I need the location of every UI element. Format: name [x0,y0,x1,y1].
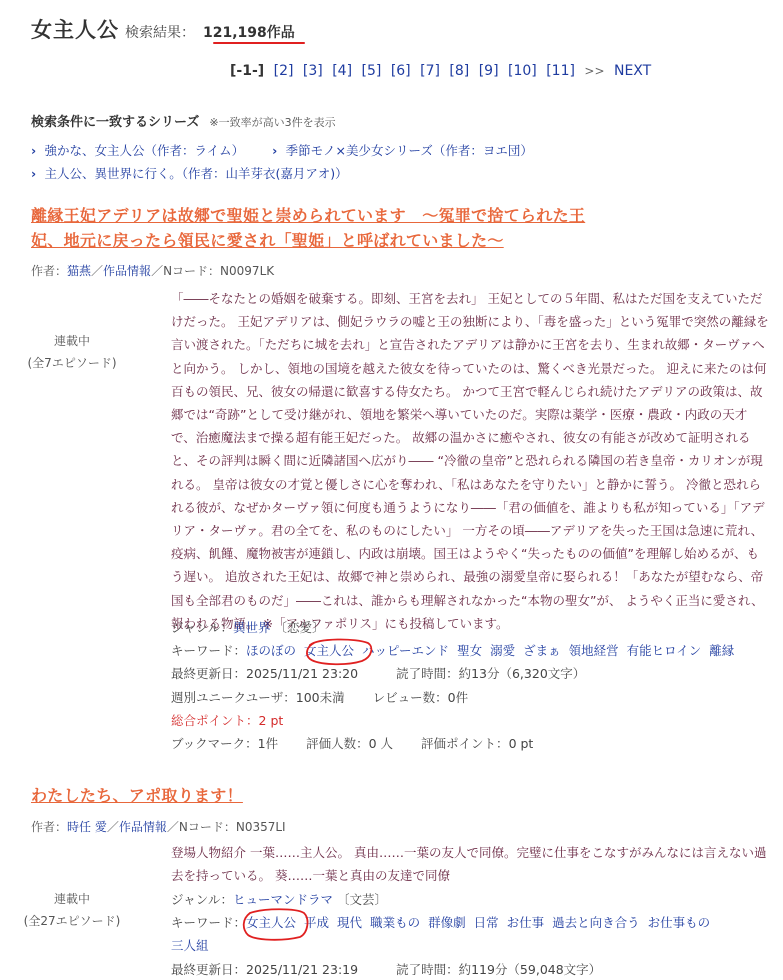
updated-value: 2025/11/21 23:19 [246,962,358,977]
keyword-link[interactable]: 職業もの [370,915,420,930]
novel-title-line1: 離縁王妃アデリアは故郷で聖姫と崇められています ～冤罪で捨てられた王 [31,206,585,225]
ncode-label: ／Nコード： [151,264,220,278]
red-underline-annotation [213,42,305,44]
keyword-row: キーワード：女主人公平成現代職業もの群像劇日常お仕事過去と向き合うお仕事もの [171,911,771,934]
search-header: 女主人公 検索結果： 121,198作品 [31,14,295,44]
keyword-link[interactable]: 現代 [337,915,362,930]
keyword-link[interactable]: 聖女 [457,643,482,658]
novel-meta: ジャンル：異世界 〔恋愛〕 キーワード：ほのぼの女主人公ハッピーエンド聖女溺愛ざ… [171,616,771,755]
updated-label: 最終更新日： [171,666,246,681]
page-link-5[interactable]: [5] [362,63,382,79]
reading-label: 読了時間： [396,666,459,681]
novel-title-link[interactable]: わたしたち、アポ取ります！ [31,783,243,808]
update-row: 最終更新日：2025/11/21 23:19読了時間：約119分（59,048文… [171,958,771,980]
points-label: 総合ポイント： [171,713,259,728]
author-line: 作者：時任 愛／作品情報／Nコード：N0357LI [31,818,286,835]
rating-value: 0 pt [509,736,534,751]
update-row: 最終更新日：2025/11/21 23:20読了時間：約13分（6,320文字） [171,662,771,685]
weekly-value: 100未満 [296,690,345,705]
novel-info-link[interactable]: 作品情報 [119,820,167,834]
rating-label: 評価ポイント： [421,736,509,751]
keyword-link[interactable]: 女主人公 [246,915,296,930]
keyword-link[interactable]: 離縁 [709,643,734,658]
keyword-link[interactable]: ほのぼの [246,643,296,658]
review-label: レビュー数： [373,690,448,705]
separator: ／ [91,264,103,278]
keyword-row: キーワード：ほのぼの女主人公ハッピーエンド聖女溺愛ざまぁ領地経営有能ヒロイン離縁 [171,639,771,662]
next-page-link[interactable]: NEXT [614,63,651,79]
reading-value: 約13分（6,320文字） [459,666,586,681]
raters-value: 0 人 [369,736,393,751]
updated-label: 最終更新日： [171,962,246,977]
page-link-11[interactable]: [11] [546,63,575,79]
keyword-link[interactable]: 群像劇 [428,915,466,930]
genre-label: ジャンル： [171,620,233,635]
genre-category: 〔文芸〕 [337,892,387,907]
updated-value: 2025/11/21 23:20 [246,666,358,681]
serialization-status: 連載中 (全7エピソード) [12,330,132,374]
page-link-4[interactable]: [4] [332,63,352,79]
keyword-link[interactable]: 平成 [304,915,329,930]
page-link-7[interactable]: [7] [420,63,440,79]
bookmark-value: 1件 [258,736,278,751]
keyword-link[interactable]: 女主人公 [304,643,354,658]
page-current: [-1-] [230,63,264,79]
raters-label: 評価人数： [306,736,369,751]
pagination: [-1-] [2] [3] [4] [5] [6] [7] [8] [9] [1… [230,63,656,79]
bookmark-label: ブックマーク： [171,736,258,751]
bookmark-row: ブックマーク：1件評価人数：0 人評価ポイント：0 pt [171,732,771,755]
genre-row: ジャンル：異世界 〔恋愛〕 [171,616,771,639]
author-link[interactable]: 猫燕 [67,264,91,278]
weekly-label: 週別ユニークユーザ： [171,690,296,705]
result-label: 検索結果： [125,22,195,42]
series-section-note: ※一致率が高い3件を表示 [209,114,335,130]
review-value: 0件 [448,690,468,705]
keyword-label: キーワード： [171,643,246,658]
reading-value: 約119分（59,048文字） [459,962,602,977]
author-line: 作者：猫燕／作品情報／Nコード：N0097LK [31,262,274,279]
page-link-2[interactable]: [2] [274,63,294,79]
status-label: 連載中 [12,330,132,352]
keyword-link[interactable]: お仕事もの [648,915,711,930]
genre-row: ジャンル：ヒューマンドラマ 〔文芸〕 [171,888,771,911]
novel-synopsis: 登場人物紹介 一葉……主人公。 真由……一葉の友人で同僚。完璧に仕事をこなすがみ… [171,841,771,887]
page-link-6[interactable]: [6] [391,63,411,79]
novel-title-line2: 妃、地元に戻ったら領民に愛され「聖姫」と呼ばれていました～ [31,231,504,250]
serialization-status: 連載中 (全27エピソード) [12,888,132,932]
author-prefix: 作者： [31,820,67,834]
separator: ／ [107,820,119,834]
episode-count: (全27エピソード) [12,910,132,932]
novel-info-link[interactable]: 作品情報 [103,264,151,278]
search-keyword: 女主人公 [31,14,119,44]
keyword-link[interactable]: 三人組 [171,938,209,953]
points-row: 総合ポイント：2 pt [171,709,771,732]
novel-meta: ジャンル：ヒューマンドラマ 〔文芸〕 キーワード：女主人公平成現代職業もの群像劇… [171,888,771,980]
author-prefix: 作者： [31,264,67,278]
novel-title-link[interactable]: 離縁王妃アデリアは故郷で聖姫と崇められています ～冤罪で捨てられた王 妃、地元に… [31,203,585,253]
keyword-link[interactable]: ハッピーエンド [362,643,449,658]
genre-category: 〔恋愛〕 [274,620,324,635]
page-link-3[interactable]: [3] [303,63,323,79]
episode-count: (全7エピソード) [12,352,132,374]
series-link[interactable]: 季節モノ×美少女シリーズ（作者：ヨエ団） [272,139,533,162]
keyword-link[interactable]: 領地経営 [569,643,619,658]
ncode-value: N0357LI [236,820,286,834]
keyword-link[interactable]: 日常 [474,915,499,930]
page-link-10[interactable]: [10] [508,63,537,79]
novel-synopsis: 「――そなたとの婚姻を破棄する。即刻、王宮を去れ」 王妃としての５年間、私はただ… [171,287,771,635]
series-section-title: 検索条件に一致するシリーズ [31,111,199,130]
series-link[interactable]: 強かな、女主人公（作者：ライム） [31,139,244,162]
keyword-link[interactable]: 溺愛 [490,643,515,658]
points-value: 2 pt [259,713,284,728]
series-link[interactable]: 主人公、異世界に行く。（作者：山羊芽衣(嘉月アオ)） [31,162,348,185]
matching-series-section: 検索条件に一致するシリーズ ※一致率が高い3件を表示 強かな、女主人公（作者：ラ… [31,111,761,185]
page-link-9[interactable]: [9] [479,63,499,79]
status-label: 連載中 [12,888,132,910]
keyword-label: キーワード： [171,915,246,930]
ncode-label: ／Nコード： [167,820,236,834]
weekly-row: 週別ユニークユーザ：100未満レビュー数：0件 [171,686,771,709]
result-count: 121,198作品 [203,22,295,42]
ncode-value: N0097LK [220,264,274,278]
author-link[interactable]: 時任 愛 [67,820,107,834]
genre-label: ジャンル： [171,892,233,907]
keyword-row-continued: 三人組 [171,934,771,957]
page-link-8[interactable]: [8] [449,63,469,79]
keyword-link[interactable]: 過去と向き合う [552,915,640,930]
reading-label: 読了時間： [396,962,459,977]
genre-link[interactable]: 異世界 [233,620,271,635]
keyword-link[interactable]: お仕事 [507,915,545,930]
pagination-separator: >> [584,64,604,78]
keyword-link[interactable]: 有能ヒロイン [627,643,702,658]
keyword-link[interactable]: ざまぁ [523,643,561,658]
genre-link[interactable]: ヒューマンドラマ [233,892,333,907]
